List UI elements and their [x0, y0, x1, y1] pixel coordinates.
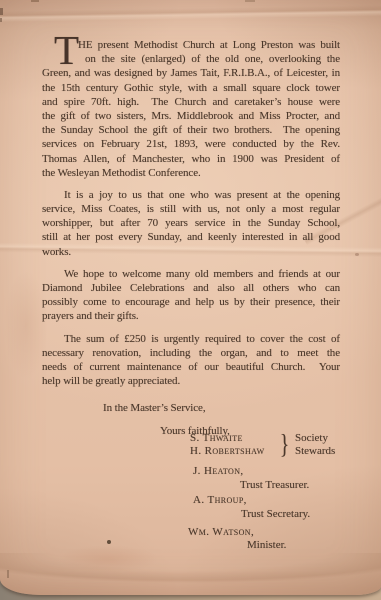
text-line: Diamond Jubilee Celebrations and also al…: [42, 281, 340, 295]
paragraph: The sum of £250 is urgently required to …: [42, 332, 340, 389]
text-line: worshipper, but after 70 years service i…: [42, 216, 340, 230]
text-line: the gift of two sisters, Mrs. Middlebroo…: [42, 109, 340, 123]
steward-roles: Society Stewards: [295, 432, 335, 457]
paper-speck: [355, 253, 359, 256]
text-line: Green, and was designed by James Tait, F…: [42, 66, 340, 80]
text-line: help will be greatly appreciated.: [42, 374, 340, 388]
text-line: works.: [42, 245, 340, 259]
steward-names: S. Thwaite H. Robertshaw: [190, 432, 278, 457]
paper-speck: [245, 0, 255, 2]
closing-service-line: In the Master’s Service,: [103, 401, 340, 415]
text-line: the 15th century Gothic style, with a sm…: [42, 81, 340, 95]
signature-name: Wm. Watson,: [188, 526, 254, 538]
text-line: on the site (enlarged) of the old one, o…: [42, 52, 340, 66]
paper-speck: [7, 570, 9, 578]
text-line: We hope to welcome many old members and …: [42, 267, 340, 281]
paper-speck: [0, 8, 3, 15]
text-line: The sum of £250 is urgently required to …: [42, 332, 340, 346]
paragraph: We hope to welcome many old members and …: [42, 267, 340, 324]
signature-name: J. Heaton,: [193, 465, 244, 477]
signature-society-stewards: S. Thwaite H. Robertshaw } Society Stewa…: [190, 432, 335, 457]
text-line: still at her post every Sunday, and keen…: [42, 230, 340, 244]
signature-role: Trust Secretary.: [241, 508, 310, 520]
paper-speck: [31, 0, 39, 2]
paragraph: It is a joy to us that one who was prese…: [42, 188, 340, 259]
signature-role: Minister.: [247, 539, 286, 551]
paper-sheet: T HE present Methodist Church at Long Pr…: [0, 0, 381, 595]
photo-of-letter: T HE present Methodist Church at Long Pr…: [0, 0, 381, 600]
paper-crease: [0, 553, 381, 583]
letter-body: T HE present Methodist Church at Long Pr…: [42, 38, 340, 438]
paragraphs: HE present Methodist Church at Long Pres…: [42, 38, 340, 388]
text-line: possibly come to encourage and help us b…: [42, 295, 340, 309]
text-line: HE present Methodist Church at Long Pres…: [42, 38, 340, 52]
signature-role: Trust Treasurer.: [240, 479, 309, 491]
text-line: necessary renovation, including the orga…: [42, 346, 340, 360]
text-line: It is a joy to us that one who was prese…: [42, 188, 340, 202]
text-line: services on February 21st, 1893, were co…: [42, 137, 340, 151]
text-line: the Sunday School the gift of their two …: [42, 123, 340, 137]
text-line: Thomas Allen, of Manchester, who in 1900…: [42, 152, 340, 166]
signature-name: H. Robertshaw: [190, 445, 278, 458]
text-line: and spire 70ft. high. The Church and car…: [42, 95, 340, 109]
signature-name: A. Throup,: [193, 494, 247, 506]
text-line: needs of current maintenance of our beau…: [42, 360, 340, 374]
paper-speck: [0, 18, 2, 22]
ink-speck: [107, 540, 111, 544]
signature-name: S. Thwaite: [190, 432, 278, 445]
text-line: the Wesleyan Methodist Conference.: [42, 166, 340, 180]
signature-role: Stewards: [295, 445, 335, 458]
signature-role: Society: [295, 432, 335, 445]
text-line: service, Miss Coates, is still with us, …: [42, 202, 340, 216]
text-line: prayers and their gifts.: [42, 309, 340, 323]
brace-glyph: }: [280, 431, 289, 457]
paper-stain: [58, 545, 158, 573]
paragraph: HE present Methodist Church at Long Pres…: [42, 38, 340, 180]
paper-crease: [0, 5, 381, 22]
